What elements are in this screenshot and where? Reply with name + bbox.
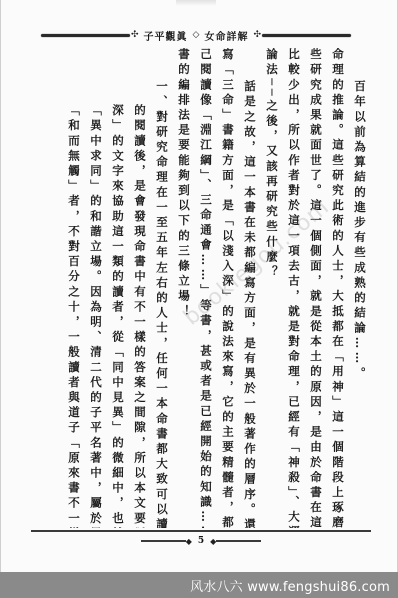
- text-column: 深」的文字來協助這一類的讀者，從「同中見異」的微細中，也就越越至: [107, 48, 129, 528]
- ornament-right-icon: ✣: [252, 30, 262, 40]
- text-column: 些研究成果就面世了。這一個側面，就是從本土的原因，是由於命書在這一方面開學的: [305, 48, 327, 528]
- text-column: 「異中求同」的和諧立場。因為明、清二代的子平名著中，屬於異正及: [85, 48, 107, 528]
- vertical-text-body: 百年以前為算結的進步有些成熟的結論……。 命理的推論。這些研究此術的人士，大抵都…: [23, 48, 371, 528]
- text-column: 比較少出，所以作者對於這一項去古，就是對命理，已經有「神殺」、大運、流年、胎: [283, 48, 305, 528]
- text-column: 「和而無觸」者，不對百分之十，一般讀者與道子「原來書不一樣」的實: [63, 48, 85, 528]
- header-title-left: 子平觀眞: [140, 28, 192, 43]
- text-column: 命理的推論。這些研究此術的人士，大抵都在「用神」這一個階段上琢磨。這: [327, 48, 349, 528]
- text-column: 百年以前為算結的進步有些成熟的結論……。: [349, 48, 371, 528]
- text-column: 書的編排法是要能夠到以下的三條立場！: [173, 48, 195, 528]
- text-column: 一、對研究命理在一至五年左右的人士，任何一本命書都大致可以讀得懂，比: [151, 48, 173, 528]
- footer-site-text: 风水八六 www.fengshui86.com: [190, 576, 390, 595]
- diamond-separator-icon: ◇: [192, 30, 201, 40]
- page-rule-left: [141, 540, 186, 542]
- footer-rule: [31, 530, 371, 532]
- header-title-right: 女命詳解: [200, 28, 252, 43]
- scan-smudge: [176, 0, 216, 6]
- header-rule-right: [262, 34, 351, 37]
- text-column: 的閱讀後，是會發現命書中有不一樣的答案之間隙，所以本文要以淡一期: [129, 48, 151, 528]
- page-number: 5: [192, 536, 210, 546]
- text-column: 論法──之後，又該再研究些什麼？: [261, 48, 283, 528]
- running-header: ✣ 子平觀眞 ◇ 女命詳解 ✣: [41, 28, 351, 42]
- ornament-left-icon: ✣: [130, 30, 140, 40]
- page-number-block: ◆ 5 ◆: [141, 535, 261, 547]
- header-rule-left: [41, 34, 130, 37]
- scanned-book-page: ✣ 子平觀眞 ◇ 女命詳解 ✣ 百年以前為算結的進步有些成熟的結論……。 命理的…: [0, 0, 398, 572]
- page-rule-right: [216, 540, 261, 542]
- site-footer-banner: 风水八六 www.fengshui86.com: [0, 572, 398, 598]
